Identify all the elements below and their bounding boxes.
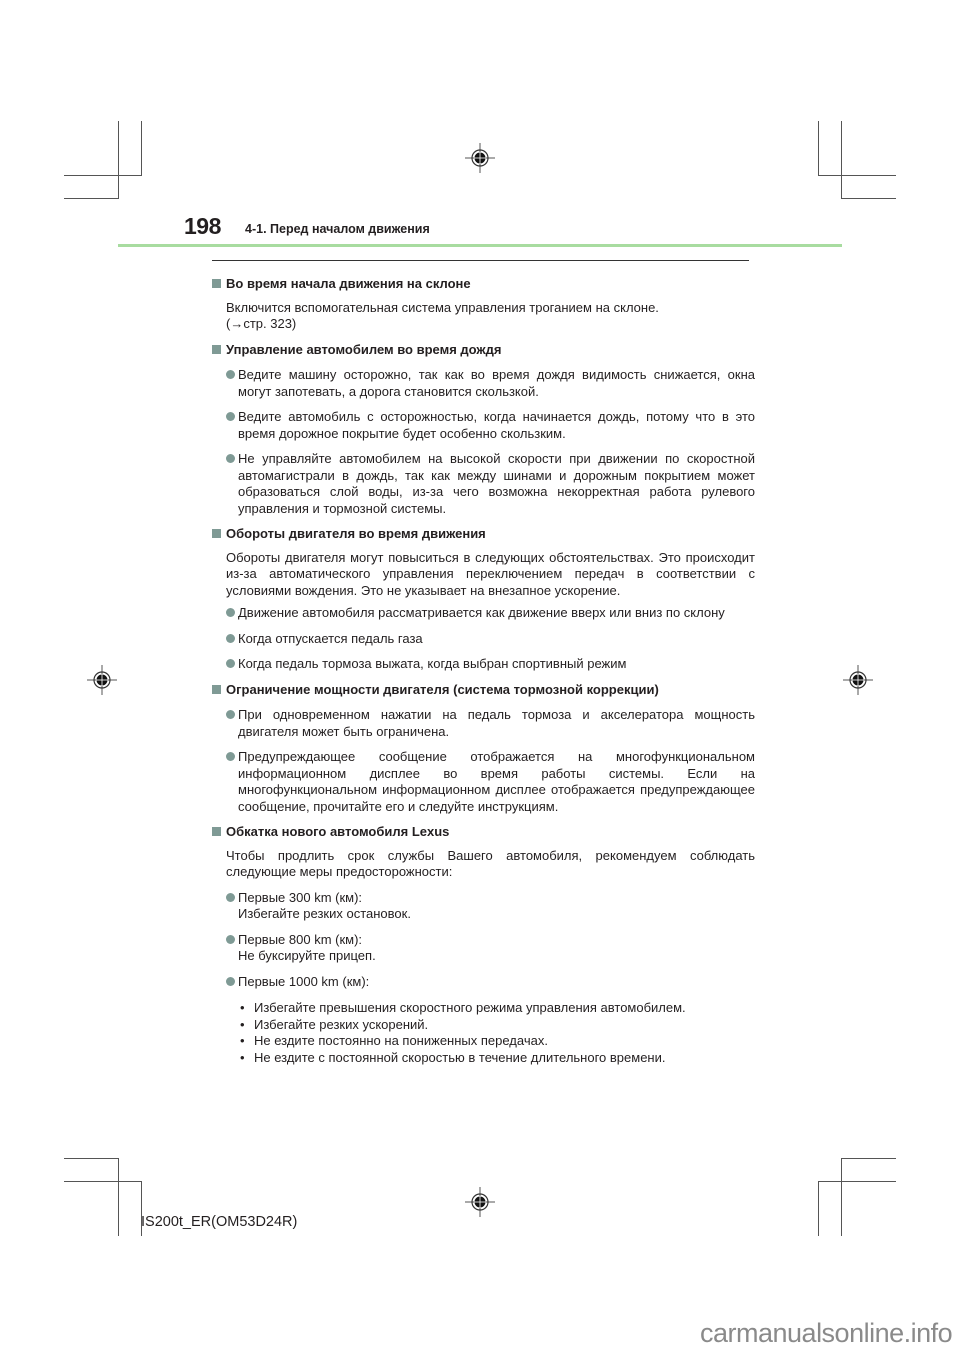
- list-item: Первые 300 km (км):Избегайте резких оста…: [226, 890, 755, 923]
- page-number: 198: [184, 213, 221, 240]
- square-bullet-icon: [212, 827, 221, 836]
- circle-bullet-icon: [226, 893, 235, 902]
- sub-list-item: •Не ездите с постоянной скоростью в тече…: [240, 1050, 755, 1067]
- square-bullet-icon: [212, 345, 221, 354]
- crop-mark: [818, 175, 896, 176]
- registration-mark-icon: [464, 1186, 496, 1218]
- header-rule: [118, 244, 842, 247]
- crop-mark: [818, 1181, 896, 1182]
- crop-mark: [841, 198, 896, 199]
- circle-bullet-icon: [226, 370, 235, 379]
- list-item: Когда педаль тормоза выжата, когда выбра…: [226, 656, 755, 673]
- list-item: Когда отпускается педаль газа: [226, 631, 755, 648]
- list-item: Движение автомобиля рассматривается как …: [226, 605, 755, 622]
- crop-mark: [64, 198, 119, 199]
- square-bullet-icon: [212, 529, 221, 538]
- crop-mark: [64, 1181, 142, 1182]
- section-heading: Обороты двигателя во время движения: [210, 526, 755, 543]
- circle-bullet-icon: [226, 752, 235, 761]
- registration-mark-icon: [842, 664, 874, 696]
- section-heading: Управление автомобилем во время дождя: [210, 342, 755, 359]
- sub-list-item: •Избегайте резких ускорений.: [240, 1017, 755, 1034]
- document-code: IS200t_ER(OM53D24R): [141, 1214, 297, 1230]
- list-item: Первые 1000 km (км):: [226, 974, 755, 991]
- sub-list-item: •Не ездите постоянно на пониженных перед…: [240, 1033, 755, 1050]
- crop-mark: [841, 1158, 896, 1159]
- list-item: При одновременном нажатии на педаль торм…: [226, 707, 755, 740]
- section-heading: Во время начала движения на склоне: [210, 276, 755, 293]
- list-item: Первые 800 km (км):Не буксируйте прицеп.: [226, 932, 755, 965]
- circle-bullet-icon: [226, 454, 235, 463]
- crop-mark: [141, 121, 142, 176]
- list-item: Предупреждающее сообщение отображается н…: [226, 749, 755, 815]
- circle-bullet-icon: [226, 935, 235, 944]
- paragraph: Включится вспомогательная система управл…: [226, 300, 755, 333]
- circle-bullet-icon: [226, 412, 235, 421]
- list-item: Ведите автомобиль с осторожностью, когда…: [226, 409, 755, 442]
- registration-mark-icon: [86, 664, 118, 696]
- content-top-rule: [212, 260, 749, 261]
- list-item: Ведите машину осторожно, так как во врем…: [226, 367, 755, 400]
- circle-bullet-icon: [226, 710, 235, 719]
- crop-mark: [118, 121, 119, 199]
- square-bullet-icon: [212, 685, 221, 694]
- sub-list-item: •Избегайте превышения скоростного режима…: [240, 1000, 755, 1017]
- circle-bullet-icon: [226, 608, 235, 617]
- crop-mark: [64, 175, 142, 176]
- crop-mark: [118, 1158, 119, 1236]
- paragraph: Чтобы продлить срок службы Вашего автомо…: [226, 848, 755, 881]
- circle-bullet-icon: [226, 977, 235, 986]
- list-item: Не управляйте автомобилем на высокой ско…: [226, 451, 755, 517]
- sub-list: •Избегайте превышения скоростного режима…: [240, 1000, 755, 1066]
- section-title: 4-1. Перед началом движения: [245, 222, 430, 236]
- registration-mark-icon: [464, 142, 496, 174]
- circle-bullet-icon: [226, 659, 235, 668]
- content: Во время начала движения на склоне Включ…: [210, 270, 755, 1066]
- square-bullet-icon: [212, 279, 221, 288]
- crop-mark: [818, 1181, 819, 1236]
- paragraph: Обороты двигателя могут повыситься в сле…: [226, 550, 755, 600]
- circle-bullet-icon: [226, 634, 235, 643]
- crop-mark: [64, 1158, 119, 1159]
- section-heading: Обкатка нового автомобиля Lexus: [210, 824, 755, 841]
- crop-mark: [818, 121, 819, 176]
- watermark: carmanualsonline.info: [700, 1318, 952, 1349]
- section-heading: Ограничение мощности двигателя (система …: [210, 682, 755, 699]
- crop-mark: [841, 1158, 842, 1236]
- crop-mark: [841, 121, 842, 199]
